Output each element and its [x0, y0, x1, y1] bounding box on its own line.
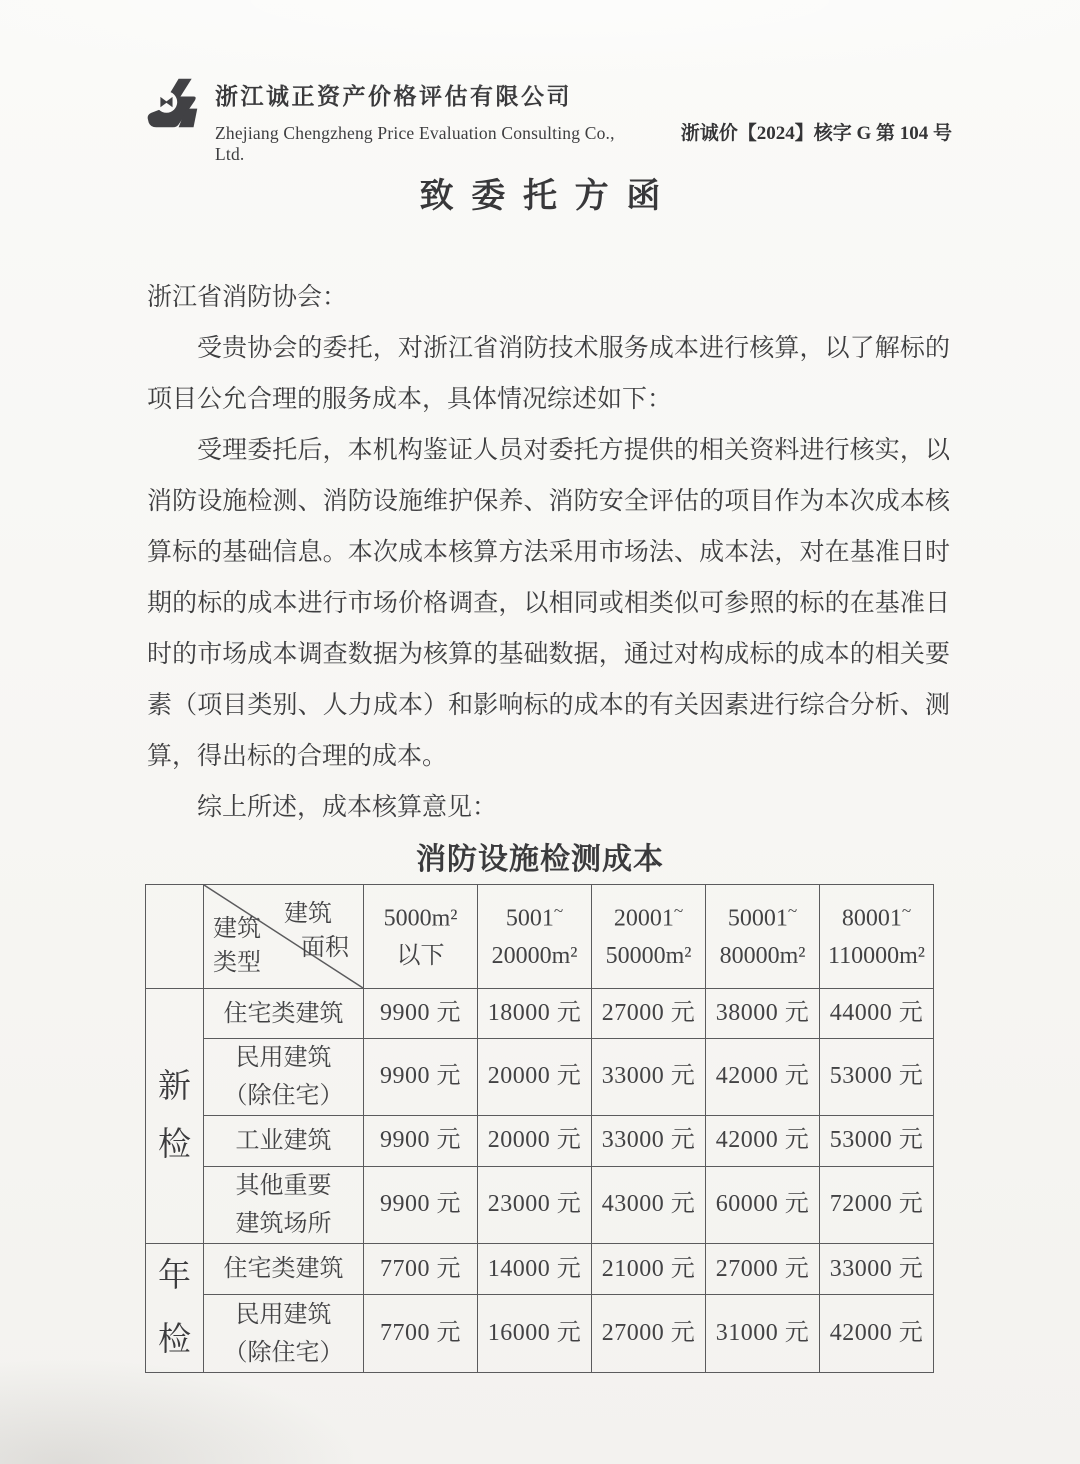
cost-value: 14000 元 [478, 1244, 592, 1295]
cost-value: 60000 元 [706, 1167, 820, 1244]
cost-value: 44000 元 [820, 989, 934, 1039]
letter-body: 浙江省消防协会： 受贵协会的委托，对浙江省消防技术服务成本进行核算，以了解标的项… [147, 272, 950, 833]
cost-value: 7700 元 [364, 1244, 478, 1295]
corner-type-line2: 类型 [213, 946, 261, 980]
corner-label-area: 建筑 面积 [284, 897, 349, 965]
cost-value: 43000 元 [592, 1167, 706, 1244]
corner-type-line1: 建筑 [213, 912, 261, 946]
building-type-cell: 住宅类建筑 [204, 989, 364, 1039]
paragraph-1: 受贵协会的委托，对浙江省消防技术服务成本进行核算，以了解标的项目公允合理的服务成… [147, 323, 950, 425]
cost-value: 16000 元 [478, 1295, 592, 1373]
cost-value: 9900 元 [364, 989, 478, 1039]
cost-value: 9900 元 [364, 1039, 478, 1116]
building-type-cell: 工业建筑 [204, 1116, 364, 1167]
letterhead-text: 浙江诚正资产价格评估有限公司 Zhejiang Chengzheng Price… [215, 76, 952, 165]
cost-value: 33000 元 [592, 1039, 706, 1116]
cost-table-title: 消防设施检测成本 [0, 834, 1080, 878]
salutation: 浙江省消防协会： [147, 272, 950, 323]
building-type-cell: 住宅类建筑 [204, 1244, 364, 1295]
building-type-cell: 其他重要建筑场所 [204, 1167, 364, 1244]
letterhead: 浙江诚正资产价格评估有限公司 Zhejiang Chengzheng Price… [145, 76, 952, 165]
column-header-3: 50001~ 80000m² [706, 885, 820, 989]
group-label-new-inspection: 新检 [146, 989, 204, 1244]
building-type-cell: 民用建筑（除住宅） [204, 1295, 364, 1373]
company-logo-icon [145, 76, 201, 130]
cost-value: 38000 元 [706, 989, 820, 1039]
cost-value: 42000 元 [820, 1295, 934, 1373]
letter-title: 致委托方函 [0, 168, 1080, 217]
cost-value: 33000 元 [820, 1244, 934, 1295]
cost-value: 23000 元 [478, 1167, 592, 1244]
header-empty-cell [146, 885, 204, 989]
corner-label-type: 建筑 类型 [213, 912, 261, 980]
cost-value: 53000 元 [820, 1116, 934, 1167]
cost-value: 9900 元 [364, 1116, 478, 1167]
paragraph-2: 受理委托后，本机构鉴证人员对委托方提供的相关资料进行核实，以消防设施检测、消防设… [147, 425, 950, 782]
company-name-en: Zhejiang Chengzheng Price Evaluation Con… [215, 123, 647, 165]
corner-area-line1: 建筑 [284, 897, 349, 931]
table-row: 新检 住宅类建筑 9900 元 18000 元 27000 元 38000 元 … [146, 989, 934, 1039]
column-header-2: 20001~ 50000m² [592, 885, 706, 989]
company-name-cn: 浙江诚正资产价格评估有限公司 [215, 78, 952, 111]
document-number: 浙诚价【2024】核字 G 第 104 号 [681, 118, 952, 145]
cost-value: 72000 元 [820, 1167, 934, 1244]
cost-value: 20000 元 [478, 1116, 592, 1167]
table-row: 工业建筑 9900 元 20000 元 33000 元 42000 元 5300… [146, 1116, 934, 1167]
cost-value: 27000 元 [592, 989, 706, 1039]
cost-value: 9900 元 [364, 1167, 478, 1244]
diagonal-corner-cell: 建筑 面积 建筑 类型 [204, 885, 364, 989]
cost-value: 31000 元 [706, 1295, 820, 1373]
fire-inspection-cost-table: 建筑 面积 建筑 类型 5000m² 以下 5001~ 20000m² [145, 884, 934, 1373]
cost-value: 20000 元 [478, 1039, 592, 1116]
building-type-cell: 民用建筑（除住宅） [204, 1039, 364, 1116]
table-header-row: 建筑 面积 建筑 类型 5000m² 以下 5001~ 20000m² [146, 885, 934, 989]
group-label-annual-inspection: 年检 [146, 1244, 204, 1373]
cost-value: 27000 元 [706, 1244, 820, 1295]
corner-area-line2: 面积 [301, 931, 349, 965]
cost-value: 33000 元 [592, 1116, 706, 1167]
table-row: 其他重要建筑场所 9900 元 23000 元 43000 元 60000 元 … [146, 1167, 934, 1244]
paragraph-3: 综上所述，成本核算意见： [147, 782, 950, 833]
cost-value: 21000 元 [592, 1244, 706, 1295]
cost-value: 18000 元 [478, 989, 592, 1039]
cost-value: 27000 元 [592, 1295, 706, 1373]
column-header-4: 80001~ 110000m² [820, 885, 934, 989]
table-row: 民用建筑（除住宅） 7700 元 16000 元 27000 元 31000 元… [146, 1295, 934, 1373]
column-header-1: 5001~ 20000m² [478, 885, 592, 989]
column-header-0: 5000m² 以下 [364, 885, 478, 989]
table-row: 年检 住宅类建筑 7700 元 14000 元 21000 元 27000 元 … [146, 1244, 934, 1295]
letterhead-line2: Zhejiang Chengzheng Price Evaluation Con… [215, 118, 952, 165]
scanned-letter-page: 浙江诚正资产价格评估有限公司 Zhejiang Chengzheng Price… [0, 0, 1080, 1464]
cost-value: 42000 元 [706, 1116, 820, 1167]
table-row: 民用建筑（除住宅） 9900 元 20000 元 33000 元 42000 元… [146, 1039, 934, 1116]
cost-value: 7700 元 [364, 1295, 478, 1373]
cost-value: 42000 元 [706, 1039, 820, 1116]
cost-value: 53000 元 [820, 1039, 934, 1116]
